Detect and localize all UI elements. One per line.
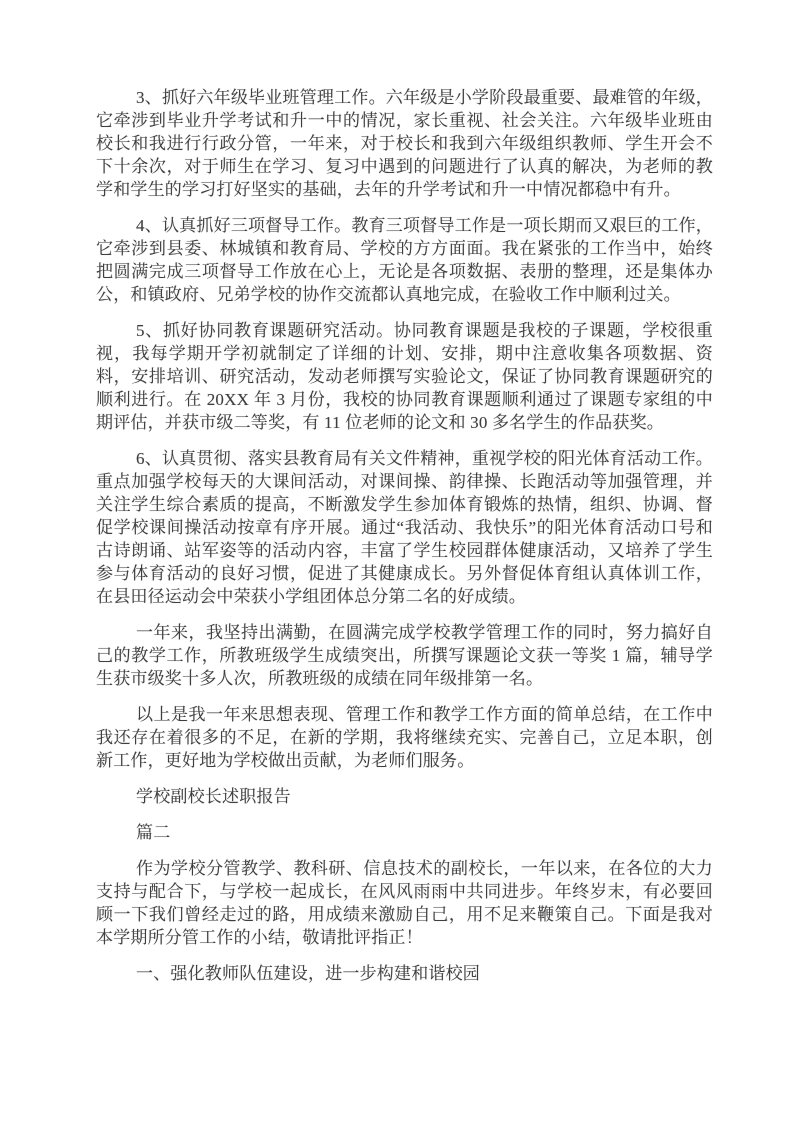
paragraph-report-title: 学校副校长述职报告 — [96, 785, 713, 808]
paragraph-item-3-graduating-class: 3、抓好六年级毕业班管理工作。六年级是小学阶段最重要、最难管的年级，它牵涉到毕业… — [96, 86, 713, 201]
paragraph-part-two-intro: 作为学校分管教学、教科研、信息技术的副校长，一年以来，在各位的大力支持与配合下，… — [96, 857, 713, 949]
paragraph-item-5-research-project: 5、抓好协同教育课题研究活动。协同教育课题是我校的子课题，学校很重视，我每学期开… — [96, 319, 713, 434]
paragraph-item-6-sunshine-sports: 6、认真贯彻、落实县教育局有关文件精神，重视学校的阳光体育活动工作。重点加强学校… — [96, 447, 713, 608]
document-page: 3、抓好六年级毕业班管理工作。六年级是小学阶段最重要、最难管的年级，它牵涉到毕业… — [0, 0, 793, 1122]
document-body: 3、抓好六年级毕业班管理工作。六年级是小学阶段最重要、最难管的年级，它牵涉到毕业… — [96, 86, 713, 985]
paragraph-item-4-supervision-work: 4、认真抓好三项督导工作。教育三项督导工作是一项长期而又艰巨的工作，它牵涉到县委… — [96, 214, 713, 306]
paragraph-teaching-results: 一年来，我坚持出满勤，在圆满完成学校教学管理工作的同时，努力搞好自己的教学工作，… — [96, 621, 713, 690]
paragraph-part-two-label: 篇二 — [96, 821, 713, 844]
paragraph-section-heading-teacher-team: 一、强化教师队伍建设，进一步构建和谐校园 — [96, 962, 713, 985]
paragraph-summary: 以上是我一年来思想表现、管理工作和教学工作方面的简单总结，在工作中我还存在着很多… — [96, 703, 713, 772]
